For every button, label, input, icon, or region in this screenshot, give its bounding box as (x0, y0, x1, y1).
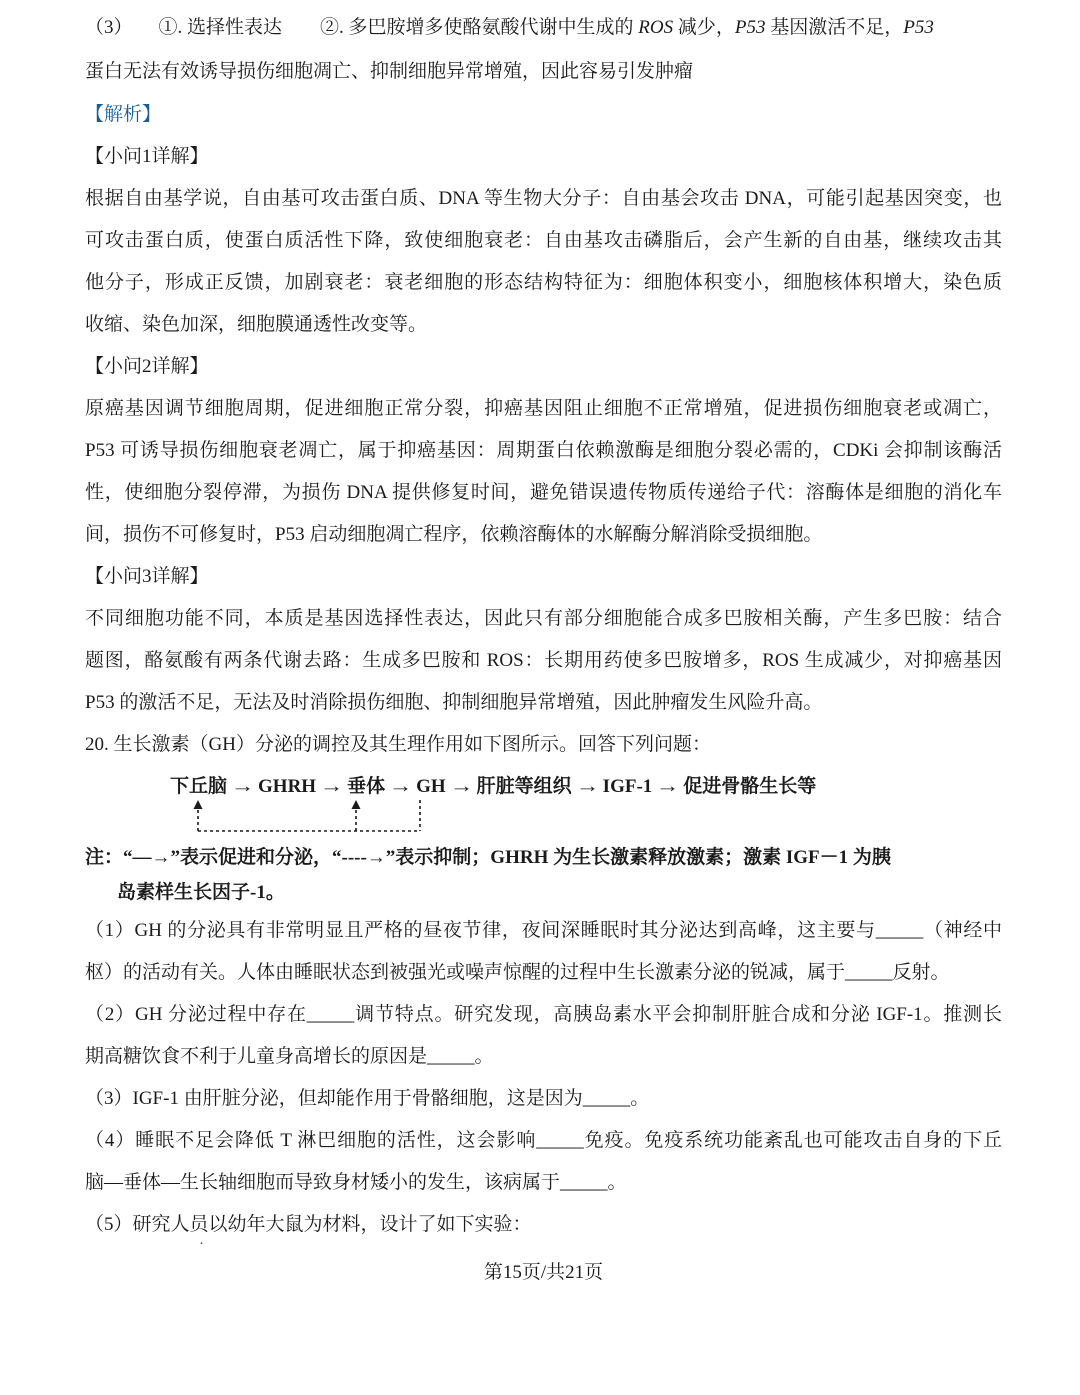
subquestion-3-explanation: 不同细胞功能不同，本质是基因选择性表达，因此只有部分细胞能合成多巴胺相关酶，产生… (85, 598, 1002, 724)
subquestion-2-explanation: 原癌基因调节细胞周期，促进细胞正常分裂，抑癌基因阻止细胞不正常增殖，促进损伤细胞… (85, 388, 1002, 556)
text-line: 收缩、染色加深，细胞膜通透性改变等。 (85, 304, 1002, 346)
document-body: （3）①. 选择性表达②. 多巴胺增多使酪氨酸代谢中生成的 ROS 减少，P53… (0, 0, 1080, 1286)
spacer (282, 32, 320, 33)
answer-line-2: 蛋白无法有效诱导损伤细胞凋亡、抑制细胞异常增殖，因此容易引发肿瘤 (85, 50, 1002, 94)
text-line: （5）研究人员以幼年大鼠为材料，设计了如下实验： (85, 1204, 1002, 1246)
node-liver: 肝脏等组织 (477, 774, 572, 800)
document-page: （3）①. 选择性表达②. 多巴胺增多使酪氨酸代谢中生成的 ROS 减少，P53… (0, 0, 1080, 1395)
answer-text: 基因激活不足， (766, 17, 904, 38)
flow-arrow-icon: → (320, 774, 344, 800)
spacer (133, 32, 159, 33)
stray-mark: · (199, 1236, 204, 1253)
flow-arrow-icon: → (389, 774, 413, 800)
text-line: 期高糖饮食不利于儿童身高增长的原因是_____。 (85, 1036, 1002, 1078)
text-line: 原癌基因调节细胞周期，促进细胞正常分裂，抑癌基因阻止细胞不正常增殖，促进损伤细胞… (85, 388, 1002, 430)
text-line: 他分子，形成正反馈，加剧衰老：衰老细胞的形态结构特征为：细胞体积变小，细胞核体积… (85, 262, 1002, 304)
text-line: 不同细胞功能不同，本质是基因选择性表达，因此只有部分细胞能合成多巴胺相关酶，产生… (85, 598, 1002, 640)
flow-arrow-icon: → (231, 774, 255, 800)
text-line: （3）IGF-1 由肝脏分泌，但却能作用于骨骼细胞，这是因为_____。 (85, 1078, 1002, 1120)
text-line: 脑—垂体—生长轴细胞而导致身材矮小的发生，该病属于_____。 (85, 1162, 1002, 1204)
subquestion-1-explanation: 根据自由基学说，自由基可攻击蛋白质、DNA 等生物大分子：自由基会攻击 DNA，… (85, 178, 1002, 346)
answer-item-2: ②. 多巴胺增多使酪氨酸代谢中生成的 (320, 17, 638, 38)
question-20-part-5: （5）研究人员以幼年大鼠为材料，设计了如下实验： (85, 1204, 1002, 1246)
p53-term: P53 (735, 17, 766, 38)
text-line: （2）GH 分泌过程中存在_____调节特点。研究发现，高胰岛素水平会抑制肝脏合… (85, 994, 1002, 1036)
answer-item-1: ①. 选择性表达 (159, 17, 283, 38)
feedback-lines (170, 800, 490, 836)
answer-line-1: （3）①. 选择性表达②. 多巴胺增多使酪氨酸代谢中生成的 ROS 减少，P53… (85, 6, 1002, 50)
note-line-2: 岛素样生长因子-1。 (117, 875, 1002, 910)
text-line: （4）睡眠不足会降低 T 淋巴细胞的活性，这会影响_____免疫。免疫系统功能紊… (85, 1120, 1002, 1162)
text-line: 性，使细胞分裂停滞，为损伤 DNA 提供修复时间，避免错误遗传物质传递给子代：溶… (85, 472, 1002, 514)
answer-number: （3） (85, 17, 133, 38)
node-ghrh: GHRH (258, 774, 316, 800)
ros-term: ROS (638, 17, 673, 38)
subquestion-1-heading: 【小问1详解】 (85, 136, 1002, 178)
feedback-arrows-svg (170, 800, 490, 836)
question-20-part-3: （3）IGF-1 由肝脏分泌，但却能作用于骨骼细胞，这是因为_____。 (85, 1078, 1002, 1120)
text-line: 间，损伤不可修复时，P53 启动细胞凋亡程序，依赖溶酶体的水解酶分解消除受损细胞… (85, 514, 1002, 556)
node-igf1: IGF-1 (603, 774, 653, 800)
flow-arrow-icon: → (575, 774, 599, 800)
diagram-note: 注：“—→”表示促进和分泌，“----→”表示抑制；GHRH 为生长激素释放激素… (85, 840, 1002, 910)
text-line: 根据自由基学说，自由基可攻击蛋白质、DNA 等生物大分子：自由基会攻击 DNA，… (85, 178, 1002, 220)
note-line-1: 注：“—→”表示促进和分泌，“----→”表示抑制；GHRH 为生长激素释放激素… (85, 840, 1002, 875)
text-line: P53 的激活不足，无法及时消除损伤细胞、抑制细胞异常增殖，因此肿瘤发生风险升高… (85, 682, 1002, 724)
node-hypothalamus: 下丘脑 (170, 774, 227, 800)
question-20-part-1: （1）GH 的分泌具有非常明显且严格的昼夜节律，夜间深睡眠时其分泌达到高峰，这主… (85, 910, 1002, 994)
node-gh: GH (416, 774, 446, 800)
question-20-part-4: （4）睡眠不足会降低 T 淋巴细胞的活性，这会影响_____免疫。免疫系统功能紊… (85, 1120, 1002, 1204)
p53-term: P53 (903, 17, 934, 38)
gh-pathway-diagram: 下丘脑 → GHRH → 垂体 → GH → 肝脏等组织 → IGF-1 → 促… (85, 774, 1002, 836)
subquestion-2-heading: 【小问2详解】 (85, 346, 1002, 388)
pathway-flow-row: 下丘脑 → GHRH → 垂体 → GH → 肝脏等组织 → IGF-1 → 促… (170, 774, 1002, 800)
answer-text: 减少， (673, 17, 735, 38)
subquestion-3-heading: 【小问3详解】 (85, 556, 1002, 598)
text-line: 可攻击蛋白质，使蛋白质活性下降，致使细胞衰老：自由基攻击磷脂后，会产生新的自由基… (85, 220, 1002, 262)
question-20-intro: 20. 生长激素（GH）分泌的调控及其生理作用如下图所示。回答下列问题： (85, 724, 1002, 766)
text-line: 题图，酪氨酸有两条代谢去路：生成多巴胺和 ROS：长期用药使多巴胺增多，ROS … (85, 640, 1002, 682)
node-pituitary: 垂体 (347, 774, 385, 800)
text-line: （1）GH 的分泌具有非常明显且严格的昼夜节律，夜间深睡眠时其分泌达到高峰，这主… (85, 910, 1002, 952)
flow-arrow-icon: → (656, 774, 680, 800)
page-number-footer: 第15页/共21页 (85, 1260, 1002, 1286)
analysis-heading: 【解析】 (85, 94, 1002, 136)
text-line: 枢）的活动有关。人体由睡眠状态到被强光或噪声惊醒的过程中生长激素分泌的锐减，属于… (85, 952, 1002, 994)
node-bone-growth: 促进骨骼生长等 (683, 774, 816, 800)
text-line: P53 可诱导损伤细胞衰老凋亡，属于抑癌基因：周期蛋白依赖激酶是细胞分裂必需的，… (85, 430, 1002, 472)
question-20-part-2: （2）GH 分泌过程中存在_____调节特点。研究发现，高胰岛素水平会抑制肝脏合… (85, 994, 1002, 1078)
flow-arrow-icon: → (449, 774, 473, 800)
